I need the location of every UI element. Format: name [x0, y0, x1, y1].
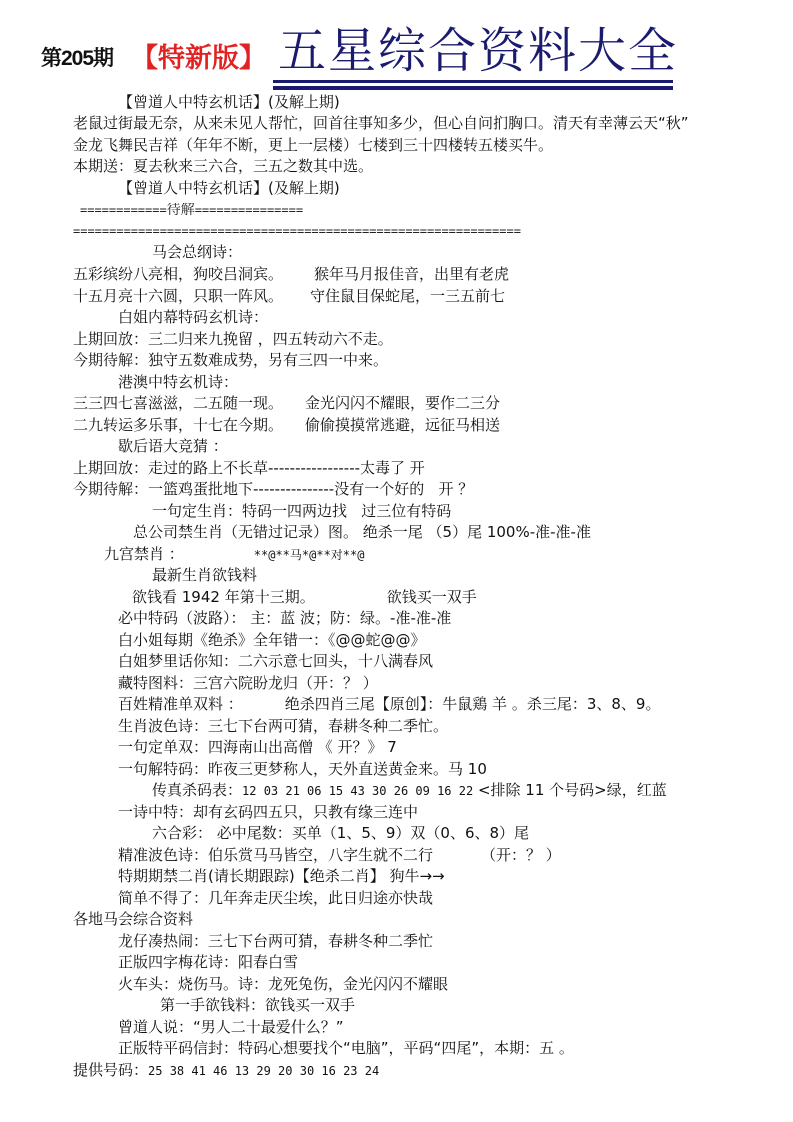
item-left: 欲钱看 1942 年第十三期。: [132, 588, 315, 606]
item-label: 九宫禁肖 ：: [104, 545, 184, 563]
text-line: 今期待解：一篮鸡蛋批地下---------------没有一个好的 开 ？: [73, 479, 473, 499]
item-cangte: 藏特图料：三宫六院盼龙归（开：？ ）: [118, 673, 378, 693]
item-right: 欲钱买一双手: [387, 588, 477, 606]
item-teqi: 特期期禁二肖(请长期跟踪)【绝杀二肖】 狗牛→→: [118, 866, 445, 886]
divider-right: ===============: [195, 203, 303, 217]
gedi-item: 曾道人说：“男人二十最爱什么？”: [118, 1017, 344, 1037]
edition-badge: 【特新版】: [131, 36, 266, 75]
poem-row: 二九转运多乐事，十七在今期。偷偷摸摸常逃避，远征马相送: [73, 415, 500, 435]
item-baixing: 百姓精准单双料 ：绝杀四肖三尾【原创】：牛鼠鶏 羊 。杀三尾：3、8、9。: [118, 694, 660, 714]
section-heading-gangao: 港澳中特玄机诗：: [118, 372, 238, 392]
poem-row: 三三四七喜滋滋，二五随一现。金光闪闪不耀眼，要作二三分: [73, 393, 500, 413]
poem-right: 守住鼠目保蛇尾，一三五前七: [310, 287, 505, 305]
item-left: 百姓精准单双料 ：: [118, 695, 243, 713]
gedi-item: 正版四字梅花诗：阳春白雪: [118, 952, 298, 972]
divider-short: ============待解===============: [80, 203, 303, 217]
item-zuixin-heading: 最新生肖欲钱料: [152, 565, 257, 585]
item-right: 绝杀四肖三尾【原创】：牛鼠鶏 羊 。杀三尾：3、8、9。: [285, 695, 661, 713]
gedi-item: 正版特平码信封：特码心想要找个“电脑”，平码“四尾”，本期：五 。: [118, 1038, 574, 1058]
section-heading-mahui: 马会总纲诗：: [152, 242, 242, 262]
poem-left: 二九转运多乐事，十七在今期。: [73, 416, 283, 434]
item-yishi: 一诗中特：却有玄码四五只，只教有缘三连中: [118, 802, 418, 822]
item-bose: 生肖波色诗：三七下台两可猜，春耕冬种二季忙。: [118, 716, 448, 736]
item-yuqian: 欲钱看 1942 年第十三期。欲钱买一双手: [132, 587, 477, 607]
section-heading-baijie: 白姐内幕特码玄机诗：: [118, 307, 268, 327]
title-underline-thick: [273, 86, 673, 90]
item-suffix: <排除 11 个号码>绿，红蓝: [473, 781, 667, 799]
provided-numbers: 25 38 41 46 13 29 20 30 16 23 24: [148, 1064, 379, 1078]
poem-left: 十五月亮十六圆，只职一阵风。: [73, 287, 283, 305]
item-right: （开：？ ）: [481, 846, 561, 864]
poem-right: 猴年马月报佳音，出里有老虎: [314, 265, 509, 283]
section-heading-zengdaoren: 【曾道人中特玄机话】(及解上期): [118, 92, 340, 112]
text-line: 本期送：夏去秋来三六合，三五之数其中选。: [73, 156, 373, 176]
section-heading-gedi: 各地马会综合资料: [73, 909, 193, 929]
poem-row: 五彩缤纷八亮相，狗咬吕洞宾。猴年马月报佳音，出里有老虎: [73, 264, 509, 284]
section-heading-xiehouyu: 歇后语大竞猜 ：: [118, 436, 228, 456]
poem-left: 三三四七喜滋滋，二五随一现。: [73, 394, 283, 412]
kill-numbers: 12 03 21 06 15 43 30 26 09 16 22: [242, 784, 473, 798]
divider-label: 待解: [167, 203, 195, 217]
page-header: 第205期 【特新版】 五星综合资料大全: [0, 0, 793, 95]
text-line: 金龙飞舞民吉祥（年年不断，更上一层楼）七楼到三十四楼转五楼买牛。: [73, 135, 553, 155]
gedi-item: 龙仔凑热闹：三七下台两可猜，春耕冬种二季忙: [118, 931, 433, 951]
item-bizhong: 必中特码（波路）： 主：蓝 波；防：绿。-准-准-准: [118, 608, 451, 628]
title-underline-thin: [273, 80, 673, 83]
page-title: 五星综合资料大全: [278, 22, 678, 80]
gedi-item: 第一手欲钱料：欲钱买一双手: [160, 995, 355, 1015]
text-line: 上期回放：三二归来九挽留 ，四五转动六不走。: [73, 329, 393, 349]
item-baixiaojie: 白小姐每期《绝杀》全年错一：《@@蛇@@》: [118, 630, 426, 650]
text-line: 老鼠过街最无奈，从来未见人帮忙，回首往事知多少，但心自问扪胸口。清天有幸薄云天“…: [73, 113, 689, 133]
item-yiju-shengxiao: 一句定生肖：特码一四两边找 过三位有特码: [152, 501, 451, 521]
item-value: **@**马*@**对**@: [254, 548, 365, 562]
item-danshuang: 一句定单双：四海南山出高僧 《 开？》 7: [118, 737, 397, 757]
poem-left: 五彩缤纷八亮相，狗咬吕洞宾。: [73, 265, 283, 283]
gedi-item: 火车头：烧伤马。诗：龙死兔伤，金光闪闪不耀眼: [118, 974, 448, 994]
item-jiete: 一句解特码：昨夜三更梦称人，天外直送黄金来。马 10: [118, 759, 487, 779]
poem-row: 十五月亮十六圆，只职一阵风。守住鼠目保蛇尾，一三五前七: [73, 286, 505, 306]
divider-long: ========================================…: [73, 224, 648, 238]
section-heading-zengdaoren-repeat: 【曾道人中特玄机话】(及解上期): [118, 178, 340, 198]
divider-left: ============: [80, 203, 167, 217]
item-left: 精准波色诗：伯乐赏马马皆空，八字生就不二行: [118, 846, 433, 864]
text-line: 上期回放：走过的路上不长草-----------------太毒了 开: [73, 458, 425, 478]
item-zonggongsi: 总公司禁生肖（无错过记录）图。 绝杀一尾 （5）尾 100%-准-准-准: [133, 522, 591, 542]
item-mengli: 白姐梦里话你知：二六示意七回头，十八满春风: [118, 651, 433, 671]
issue-number: 第205期: [41, 42, 113, 72]
poem-right: 金光闪闪不耀眼，要作二三分: [305, 394, 500, 412]
footer-numbers: 提供号码：25 38 41 46 13 29 20 30 16 23 24: [73, 1060, 379, 1080]
text-line: 今期待解：独守五数难成势，另有三四一中来。: [73, 350, 388, 370]
item-jiandan: 简单不得了：几年奔走厌尘埃，此日归途亦快哉: [118, 888, 433, 908]
item-label: 传真杀码表：: [152, 781, 242, 799]
item-jiugong: 九宫禁肖 ：**@**马*@**对**@: [104, 544, 364, 564]
item-chuanzhen: 传真杀码表：12 03 21 06 15 43 30 26 09 16 22 <…: [152, 780, 667, 800]
item-liuhecai: 六合彩： 必中尾数：买单（1、5、9）双（0、6、8）尾: [152, 823, 529, 843]
poem-right: 偷偷摸摸常逃避，远征马相送: [305, 416, 500, 434]
item-jingzhun: 精准波色诗：伯乐赏马马皆空，八字生就不二行（开：？ ）: [118, 845, 561, 865]
footer-label: 提供号码：: [73, 1061, 148, 1079]
